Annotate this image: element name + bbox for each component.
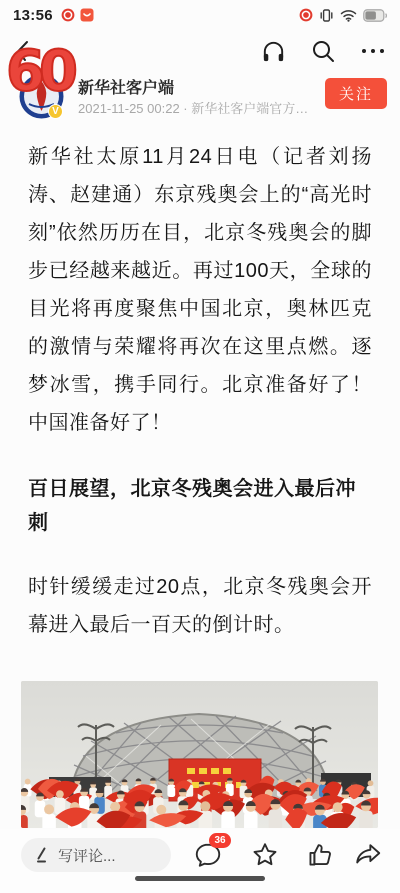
- crowd: [21, 776, 378, 828]
- status-bar: 13:56: [0, 0, 400, 30]
- like-button[interactable]: [304, 839, 336, 871]
- comment-count-badge: 36: [209, 833, 231, 848]
- listen-button[interactable]: [256, 36, 290, 66]
- article-paragraph: 新华社太原11月24日电（记者刘扬涛、赵建通）东京残奥会上的“高光时刻”依然历历…: [28, 138, 372, 442]
- headphones-icon: [260, 38, 287, 65]
- nav-right-actions: [256, 36, 390, 66]
- more-button[interactable]: [356, 36, 390, 66]
- wifi-icon: [340, 9, 357, 22]
- battery-icon: [363, 9, 387, 22]
- publisher-name[interactable]: 新华社客户端: [78, 75, 174, 98]
- article-subheading: 百日展望，北京冬残奥会进入最后冲刺: [28, 472, 372, 540]
- share-icon: [353, 840, 383, 870]
- comments-button[interactable]: 36: [192, 839, 224, 871]
- share-button[interactable]: [352, 839, 384, 871]
- search-icon: [310, 38, 336, 64]
- thumbs-up-icon: [305, 840, 335, 870]
- vibrate-icon: [319, 8, 334, 23]
- article-photo[interactable]: [21, 681, 378, 828]
- app-screen: 13:56: [0, 0, 400, 893]
- record-dot-icon: [61, 8, 75, 22]
- verified-badge: V: [48, 104, 63, 119]
- publish-meta: 2021-11-25 00:22 · 新华社客户端官方…: [78, 98, 318, 117]
- status-right-icons: [299, 8, 387, 23]
- record-dot-icon: [299, 8, 313, 22]
- more-icon: [359, 38, 387, 64]
- comment-input[interactable]: 写评论...: [21, 838, 171, 872]
- comment-placeholder: 写评论...: [58, 845, 116, 866]
- clock-text: 13:56: [13, 7, 53, 24]
- article-photo-svg: [21, 681, 378, 828]
- article-paragraph: 时针缓缓走过20点，北京冬残奥会开幕进入最后一百天的倒计时。: [28, 568, 372, 644]
- follow-button[interactable]: 关注: [325, 78, 387, 109]
- pen-icon: [33, 847, 50, 864]
- star-icon: [250, 840, 280, 870]
- app-badge-icon: [80, 8, 94, 22]
- favorite-button[interactable]: [249, 839, 281, 871]
- status-left-icons: [61, 8, 94, 22]
- countdown-overlay[interactable]: 60: [6, 44, 72, 100]
- home-indicator[interactable]: [135, 876, 265, 881]
- bottom-toolbar: 写评论... 36: [0, 829, 400, 893]
- search-button[interactable]: [306, 36, 340, 66]
